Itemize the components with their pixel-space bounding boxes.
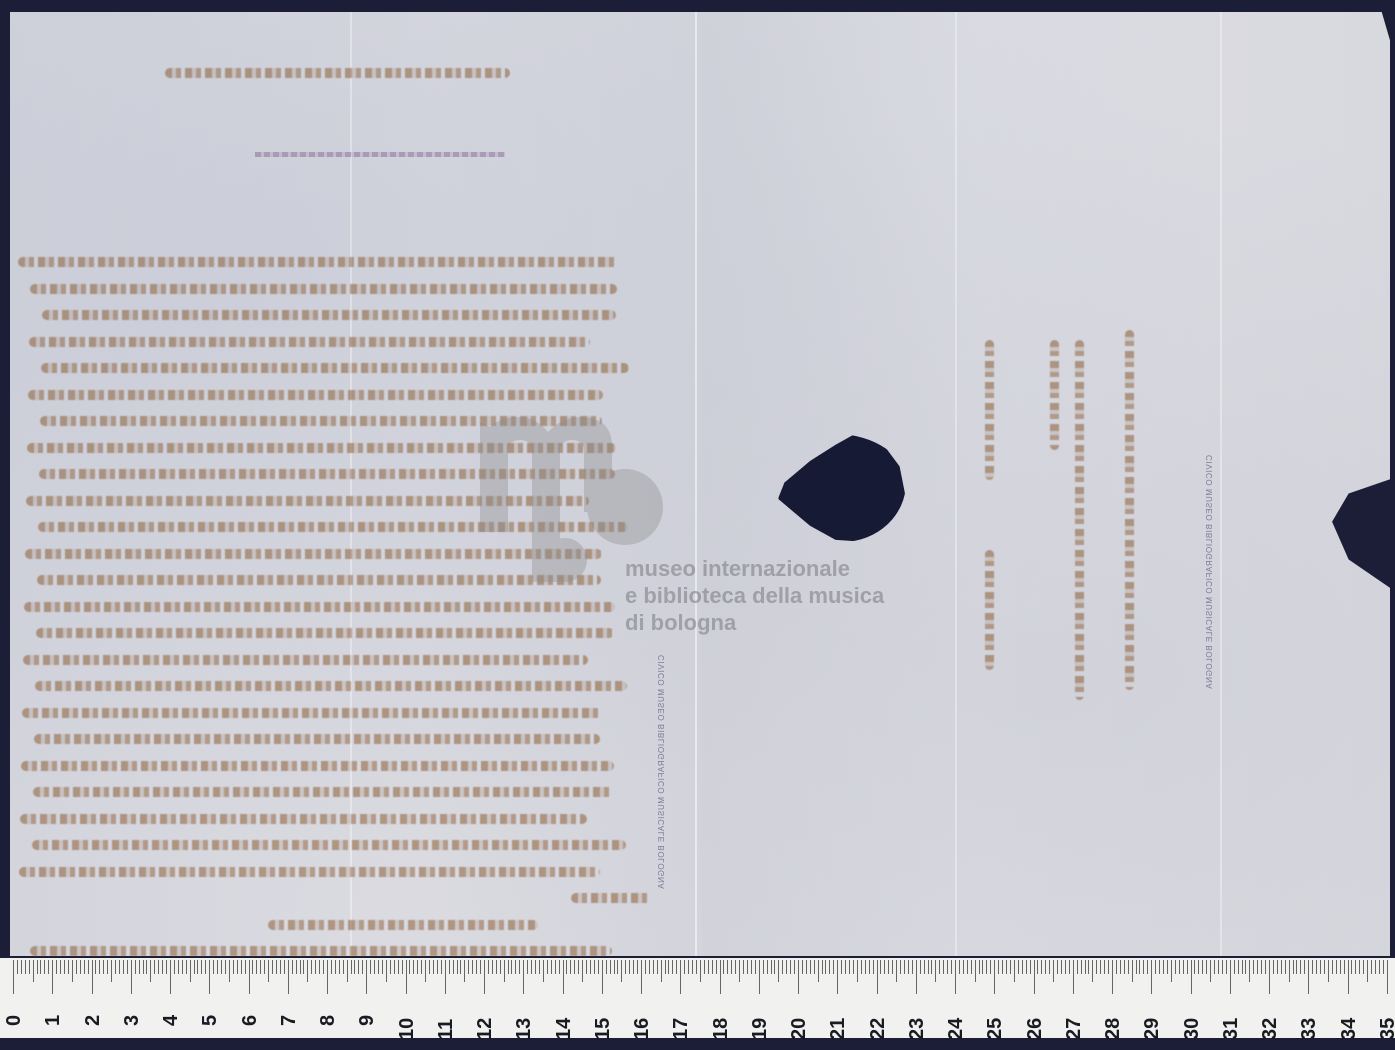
ruler-tick [1022, 960, 1023, 974]
ruler-tick [1257, 960, 1258, 974]
ruler-tick [1253, 960, 1254, 974]
ruler-tick [1194, 960, 1195, 974]
handwriting-line [32, 840, 626, 850]
ruler-tick [759, 960, 760, 994]
ruler-tick [186, 960, 187, 974]
handwriting-line [24, 602, 615, 612]
ruler-tick [496, 960, 497, 974]
ruler-tick [488, 960, 489, 974]
ruler-tick [857, 960, 858, 982]
ruler-label: 22 [867, 1018, 890, 1040]
ruler-tick [720, 960, 721, 994]
ruler-tick [916, 960, 917, 994]
ruler-tick [637, 960, 638, 974]
ruler-tick [1147, 960, 1148, 974]
ruler-tick [1065, 960, 1066, 974]
ruler-tick [688, 960, 689, 974]
ruler-tick [1092, 960, 1093, 982]
ruler-label: 14 [553, 1018, 576, 1040]
ruler-tick [398, 960, 399, 974]
ruler-label: 20 [788, 1018, 811, 1040]
handwriting-line [36, 628, 614, 638]
ruler-tick [1120, 960, 1121, 974]
ruler-tick [1387, 960, 1388, 994]
ruler-tick [900, 960, 901, 974]
ruler-label: 4 [160, 1015, 183, 1026]
ruler-tick [676, 960, 677, 974]
ruler-tick [1026, 960, 1027, 974]
ruler-tick [382, 960, 383, 974]
ruler-tick [794, 960, 795, 974]
ruler-tick [606, 960, 607, 974]
ruler-label: 32 [1259, 1018, 1282, 1040]
ruler-tick [578, 960, 579, 974]
ruler-tick [1198, 960, 1199, 974]
ruler-tick [300, 960, 301, 974]
ruler-tick [873, 960, 874, 974]
ruler-tick [523, 960, 524, 994]
ruler-label: 26 [1024, 1018, 1047, 1040]
ruler-label: 30 [1181, 1018, 1204, 1040]
ruler-tick [504, 960, 505, 982]
ruler-tick [1289, 960, 1290, 982]
ruler-tick [119, 960, 120, 974]
ruler-tick [421, 960, 422, 974]
handwriting-line [28, 390, 603, 400]
ruler-tick [621, 960, 622, 982]
ruler-tick [511, 960, 512, 974]
ruler-tick [1351, 960, 1352, 974]
handwriting-line [20, 814, 587, 824]
ruler-label: 9 [356, 1015, 379, 1026]
ruler-tick [527, 960, 528, 974]
ruler-tick [810, 960, 811, 974]
ruler-tick [260, 960, 261, 974]
ruler-tick [264, 960, 265, 974]
ruler-tick [194, 960, 195, 974]
ruler-tick [767, 960, 768, 974]
ruler-tick [245, 960, 246, 974]
address-line [985, 340, 994, 480]
ruler-tick [135, 960, 136, 974]
ruler-tick [370, 960, 371, 974]
ruler-tick [661, 960, 662, 982]
ruler-tick [386, 960, 387, 982]
ruler-tick [566, 960, 567, 974]
ruler-tick [1234, 960, 1235, 974]
ruler-label: 29 [1141, 1018, 1164, 1040]
ruler-tick [1367, 960, 1368, 982]
handwriting-line [42, 310, 616, 320]
ruler-tick [500, 960, 501, 974]
ruler-tick [861, 960, 862, 974]
ruler-tick [508, 960, 509, 974]
ruler-tick [806, 960, 807, 974]
ruler-tick [1034, 960, 1035, 994]
ruler-tick [1053, 960, 1054, 982]
ruler-tick [955, 960, 956, 994]
ruler-tick [692, 960, 693, 974]
ruler-tick [1340, 960, 1341, 974]
ruler-tick [21, 960, 22, 974]
ruler-tick [1296, 960, 1297, 974]
ruler-tick [182, 960, 183, 974]
ruler-tick [1116, 960, 1117, 974]
ruler-tick [1230, 960, 1231, 994]
ruler-tick [798, 960, 799, 994]
ruler-tick [1057, 960, 1058, 974]
ruler-tick [88, 960, 89, 974]
ruler-tick [209, 960, 210, 994]
ruler-tick [880, 960, 881, 974]
ruler-tick [774, 960, 775, 974]
ruler-tick [841, 960, 842, 974]
handwriting-line [34, 734, 600, 744]
ruler-tick [931, 960, 932, 974]
ruler-tick [390, 960, 391, 974]
ruler-label: 31 [1220, 1018, 1243, 1040]
ruler-tick [1100, 960, 1101, 974]
ruler-tick [139, 960, 140, 974]
ruler-tick [625, 960, 626, 974]
ruler-label: 12 [474, 1018, 497, 1040]
ruler-tick [563, 960, 564, 994]
ruler-tick [103, 960, 104, 974]
ruler-tick [559, 960, 560, 974]
ruler-tick [92, 960, 93, 994]
ruler-tick [146, 960, 147, 974]
ruler-tick [829, 960, 830, 974]
ruler-label: 18 [710, 1018, 733, 1040]
ruler-tick [1041, 960, 1042, 974]
ruler-tick [80, 960, 81, 974]
ruler-tick [1206, 960, 1207, 974]
ruler-tick [1242, 960, 1243, 974]
ruler-tick [1104, 960, 1105, 974]
ruler-tick [331, 960, 332, 974]
ruler-tick [853, 960, 854, 974]
ruler-tick [1332, 960, 1333, 974]
ruler-tick [1328, 960, 1329, 982]
ruler-tick [457, 960, 458, 974]
ruler-tick [672, 960, 673, 974]
ruler-tick [339, 960, 340, 974]
ruler-tick [1202, 960, 1203, 974]
ruler-tick [205, 960, 206, 974]
ruler-tick [1132, 960, 1133, 982]
ruler-tick [586, 960, 587, 974]
ruler-tick [56, 960, 57, 974]
ruler-label: 7 [278, 1015, 301, 1026]
header-annotation-handwriting [165, 68, 510, 78]
ruler-tick [233, 960, 234, 974]
ruler-tick [1324, 960, 1325, 974]
ruler-tick [865, 960, 866, 974]
ruler-tick [1159, 960, 1160, 974]
ruler-tick [366, 960, 367, 994]
library-stamp-vertical-right: CIVICO MUSEO BIBLIOGRAFICO MUSICALE BOLO… [1205, 455, 1214, 689]
handwriting-line [22, 708, 601, 718]
measurement-ruler: 0123456789101112131415161718192021222324… [0, 958, 1395, 1038]
ruler-tick [515, 960, 516, 974]
ruler-tick [869, 960, 870, 974]
ruler-tick [1214, 960, 1215, 974]
ruler-tick [276, 960, 277, 974]
ruler-tick [107, 960, 108, 974]
ruler-tick [48, 960, 49, 974]
ruler-tick [539, 960, 540, 974]
ruler-tick [307, 960, 308, 982]
ruler-tick [696, 960, 697, 974]
ruler-tick [1179, 960, 1180, 974]
ruler-label: 15 [592, 1018, 615, 1040]
ruler-tick [975, 960, 976, 982]
ruler-tick [225, 960, 226, 974]
ruler-tick [570, 960, 571, 974]
ruler-tick [1375, 960, 1376, 974]
ruler-tick [1308, 960, 1309, 994]
handwriting-line [19, 867, 600, 877]
ruler-tick [535, 960, 536, 974]
ruler-tick [896, 960, 897, 982]
ruler-label: 10 [396, 1018, 419, 1040]
ruler-tick [354, 960, 355, 974]
ruler-tick [1379, 960, 1380, 974]
ruler-tick [441, 960, 442, 974]
ruler-tick [892, 960, 893, 974]
ruler-label: 24 [945, 1018, 968, 1040]
address-line [1050, 340, 1059, 450]
ruler-tick [1108, 960, 1109, 974]
ruler-tick [649, 960, 650, 974]
ruler-tick [303, 960, 304, 974]
handwriting-line [33, 787, 613, 797]
ruler-tick [1069, 960, 1070, 974]
ruler-tick [617, 960, 618, 974]
handwriting-line [18, 257, 618, 267]
address-line [1125, 330, 1134, 690]
ruler-tick [374, 960, 375, 974]
ruler-tick [480, 960, 481, 974]
ruler-tick [33, 960, 34, 982]
ruler-tick [111, 960, 112, 982]
ruler-tick [343, 960, 344, 974]
library-stamp-vertical-left: CIVICO MUSEO BIBLIOGRAFICO MUSICALE BOLO… [657, 655, 666, 889]
ruler-label: 34 [1338, 1018, 1361, 1040]
ruler-tick [347, 960, 348, 982]
ruler-tick [1049, 960, 1050, 974]
ruler-tick [1355, 960, 1356, 974]
ruler-label: 25 [984, 1018, 1007, 1040]
ruler-tick [1238, 960, 1239, 974]
ruler-tick [178, 960, 179, 974]
ruler-tick [908, 960, 909, 974]
ruler-tick [778, 960, 779, 982]
ruler-label: 35 [1377, 1018, 1395, 1040]
ruler-tick [920, 960, 921, 974]
ruler-tick [154, 960, 155, 974]
handwriting-line [30, 946, 612, 956]
ruler-tick [716, 960, 717, 974]
ruler-tick [166, 960, 167, 974]
ruler-tick [939, 960, 940, 974]
ruler-tick [311, 960, 312, 974]
ruler-tick [657, 960, 658, 974]
ruler-tick [1002, 960, 1003, 974]
ruler-tick [190, 960, 191, 982]
ruler-tick [790, 960, 791, 974]
ruler-tick [292, 960, 293, 974]
ruler-tick [433, 960, 434, 974]
library-stamp-horizontal [255, 152, 505, 157]
ruler-tick [464, 960, 465, 982]
ruler-tick [1320, 960, 1321, 974]
ruler-tick [1304, 960, 1305, 974]
ruler-tick [928, 960, 929, 974]
ruler-label: 16 [631, 1018, 654, 1040]
ruler-tick [912, 960, 913, 974]
ruler-tick [1018, 960, 1019, 974]
ruler-tick [429, 960, 430, 974]
ruler-tick [64, 960, 65, 974]
ruler-tick [123, 960, 124, 974]
ruler-tick [1073, 960, 1074, 994]
ruler-tick [610, 960, 611, 974]
ruler-tick [1139, 960, 1140, 974]
ruler-tick [982, 960, 983, 974]
ruler-tick [1014, 960, 1015, 982]
ruler-tick [951, 960, 952, 974]
ruler-tick [877, 960, 878, 994]
ruler-tick [131, 960, 132, 994]
ruler-tick [437, 960, 438, 974]
watermark-line-1: museo internazionale [625, 555, 884, 582]
ruler-tick [1348, 960, 1349, 994]
ruler-tick [935, 960, 936, 982]
ruler-tick [1363, 960, 1364, 974]
ruler-tick [743, 960, 744, 974]
ruler-tick [967, 960, 968, 974]
ruler-tick [594, 960, 595, 974]
ruler-tick [99, 960, 100, 974]
ruler-tick [1245, 960, 1246, 974]
ruler-tick [460, 960, 461, 974]
ruler-tick [268, 960, 269, 982]
ruler-label: 33 [1298, 1018, 1321, 1040]
ruler-tick [1143, 960, 1144, 974]
ruler-tick [959, 960, 960, 974]
address-line [1075, 340, 1084, 700]
ruler-tick [335, 960, 336, 974]
ruler-tick [633, 960, 634, 974]
ruler-label: 28 [1102, 1018, 1125, 1040]
ruler-tick [127, 960, 128, 974]
ruler-label: 21 [827, 1018, 850, 1040]
ruler-label: 6 [239, 1015, 262, 1026]
ruler-tick [614, 960, 615, 974]
ruler-tick [751, 960, 752, 974]
ruler-tick [323, 960, 324, 974]
ruler-tick [990, 960, 991, 974]
ruler-tick [680, 960, 681, 994]
ruler-tick [413, 960, 414, 974]
ruler-tick [1226, 960, 1227, 974]
ruler-tick [1155, 960, 1156, 974]
ruler-tick [29, 960, 30, 974]
ruler-tick [904, 960, 905, 974]
ruler-tick [449, 960, 450, 974]
ruler-tick [782, 960, 783, 974]
ruler-tick [327, 960, 328, 994]
ruler-tick [994, 960, 995, 994]
ruler-tick [13, 960, 14, 994]
ruler-tick [1218, 960, 1219, 974]
ruler-tick [296, 960, 297, 974]
ruler-label: 0 [3, 1015, 26, 1026]
ruler-tick [468, 960, 469, 974]
ruler-tick [492, 960, 493, 974]
ruler-tick [1136, 960, 1137, 974]
ruler-tick [72, 960, 73, 982]
ruler-tick [378, 960, 379, 974]
ruler-tick [1167, 960, 1168, 974]
ruler-tick [170, 960, 171, 994]
ruler-tick [822, 960, 823, 974]
ruler-tick [735, 960, 736, 974]
ruler-tick [602, 960, 603, 994]
ruler-tick [288, 960, 289, 994]
ruler-tick [425, 960, 426, 982]
ruler-tick [727, 960, 728, 974]
ruler-tick [158, 960, 159, 974]
ruler-tick [241, 960, 242, 974]
ruler-tick [237, 960, 238, 974]
ruler-tick [52, 960, 53, 994]
ruler-tick [582, 960, 583, 982]
ruler-tick [1061, 960, 1062, 974]
ruler-tick [943, 960, 944, 974]
ruler-tick [1088, 960, 1089, 974]
ruler-tick [665, 960, 666, 974]
ruler-tick [44, 960, 45, 974]
ruler-tick [68, 960, 69, 974]
ruler-tick [739, 960, 740, 982]
address-line [985, 550, 994, 670]
ruler-tick [1285, 960, 1286, 974]
ruler-tick [1344, 960, 1345, 974]
ruler-tick [1359, 960, 1360, 974]
handwriting-line [29, 337, 590, 347]
ruler-tick [814, 960, 815, 974]
handwriting-line [268, 920, 538, 930]
ruler-label: 8 [317, 1015, 340, 1026]
ruler-tick [1265, 960, 1266, 974]
ruler-label: 23 [906, 1018, 929, 1040]
ruler-tick [1293, 960, 1294, 974]
ruler-tick [1124, 960, 1125, 974]
ruler-tick [484, 960, 485, 994]
ruler-label: 2 [82, 1015, 105, 1026]
ruler-tick [629, 960, 630, 974]
ruler-tick [747, 960, 748, 974]
ruler-tick [1128, 960, 1129, 974]
ruler-tick [755, 960, 756, 974]
ruler-tick [771, 960, 772, 974]
ruler-tick [1163, 960, 1164, 974]
ruler-tick [971, 960, 972, 974]
ruler-tick [95, 960, 96, 974]
ruler-label: 1 [42, 1015, 65, 1026]
